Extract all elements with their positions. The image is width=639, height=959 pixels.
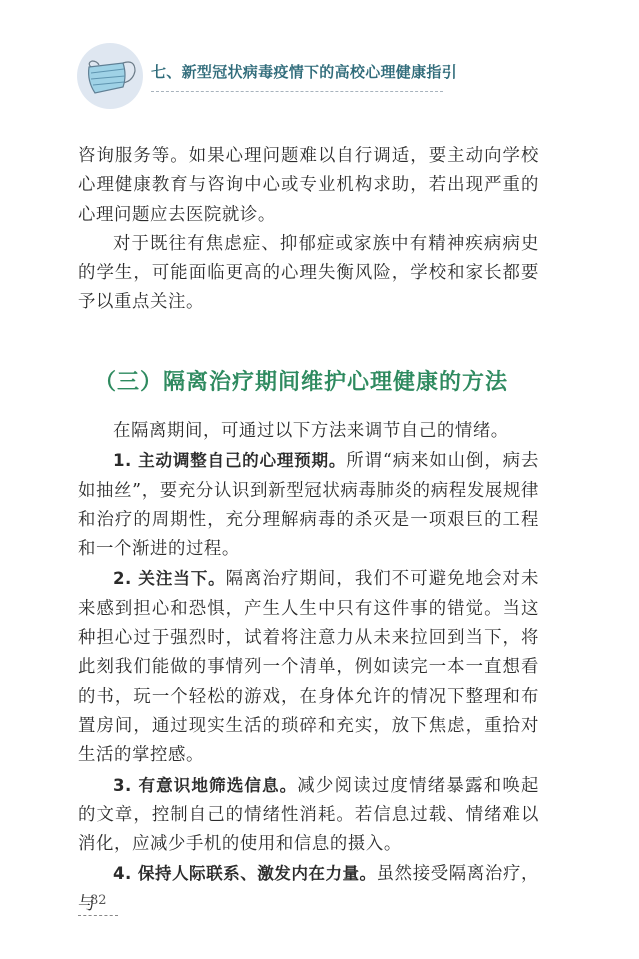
face-mask-icon — [83, 53, 139, 99]
body-top: 咨询服务等。如果心理问题难以自行调适，要主动向学校心理健康教育与咨询中心或专业机… — [78, 142, 539, 318]
list-item: 1. 主动调整自己的心理预期。所谓“病来如山倒，病去如抽丝”，要充分认识到新型冠… — [78, 446, 539, 564]
list-item: 2. 关注当下。隔离治疗期间，我们不可避免地会对未来感到担心和恐惧，产生人生中只… — [78, 564, 539, 770]
list-item: 3. 有意识地筛选信息。减少阅读过度情绪暴露和唤起的文章，控制自己的情绪性消耗。… — [78, 771, 539, 860]
footer-dashed-divider — [78, 915, 118, 916]
item-lead: 2. 关注当下。 — [113, 569, 226, 588]
item-text: 隔离治疗期间，我们不可避免地会对未来感到担心和恐惧，产生人生中只有这件事的错觉。… — [78, 569, 539, 765]
face-mask-badge — [77, 43, 143, 109]
chapter-title: 七、新型冠状病毒疫情下的高校心理健康指引 — [151, 61, 457, 82]
body-section: 在隔离期间，可通过以下方法来调节自己的情绪。 1. 主动调整自己的心理预期。所谓… — [78, 417, 539, 919]
item-lead: 1. 主动调整自己的心理预期。 — [113, 451, 346, 470]
paragraph: 咨询服务等。如果心理问题难以自行调适，要主动向学校心理健康教育与咨询中心或专业机… — [78, 142, 539, 230]
section-heading: （三）隔离治疗期间维护心理健康的方法 — [94, 365, 508, 396]
item-lead: 3. 有意识地筛选信息。 — [113, 776, 297, 795]
intro-paragraph: 在隔离期间，可通过以下方法来调节自己的情绪。 — [78, 417, 539, 446]
header-dashed-divider — [151, 91, 443, 92]
chapter-header: 七、新型冠状病毒疫情下的高校心理健康指引 — [77, 40, 477, 110]
item-lead: 4. 保持人际联系、激发内在力量。 — [113, 864, 377, 883]
list-item: 4. 保持人际联系、激发内在力量。虽然接受隔离治疗，与 — [78, 859, 539, 919]
page-number: 82 — [90, 893, 107, 908]
paragraph: 对于既往有焦虑症、抑郁症或家族中有精神疾病病史的学生，可能面临更高的心理失衡风险… — [78, 230, 539, 318]
